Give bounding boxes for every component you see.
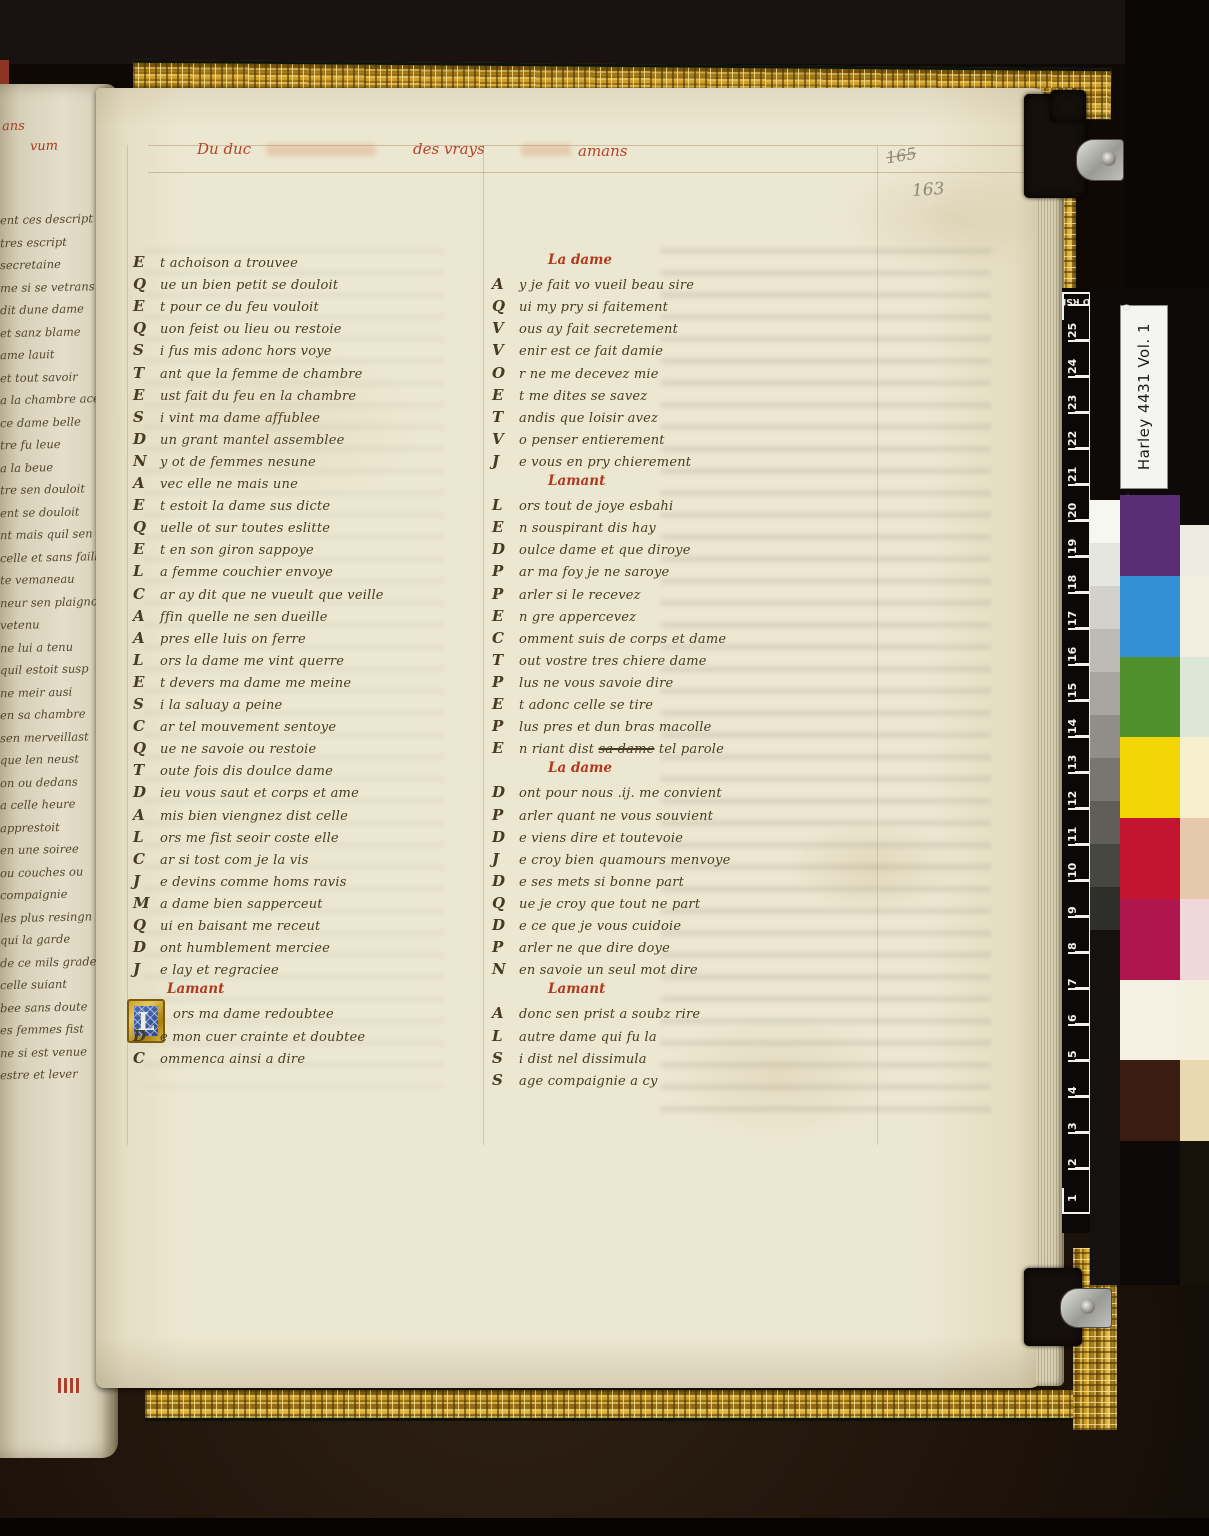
ruler-number: 10 (1066, 852, 1079, 878)
verse-line: Lautre dame qui fu la (492, 1026, 657, 1045)
page-marker-stripe (58, 1378, 80, 1393)
verse-line: Que ne savoie ou restoie (133, 738, 316, 757)
verse-text: ui en baisant me receut (160, 919, 320, 934)
color-patch (1120, 737, 1180, 818)
color-patch (1120, 1141, 1180, 1285)
verse-line: La femme couchier envoye (133, 561, 333, 580)
verse-line: Amis bien viengnez dist celle (133, 805, 348, 824)
pastel-patch (1180, 899, 1209, 980)
verse-text: n souspirant dis hay (519, 521, 656, 536)
ruler-number: 13 (1066, 744, 1079, 770)
verse-line: Et estoit la dame sus dicte (133, 495, 330, 514)
verse-line: Car ay dit que ne vueult que veille (133, 584, 384, 603)
color-patch (1120, 495, 1180, 576)
versal-initial: T (492, 651, 519, 669)
verse-text: t estoit la dame sus dicte (160, 499, 330, 514)
versal-initial: A (133, 629, 160, 647)
color-patch (1120, 818, 1180, 899)
versal-initial: L (133, 562, 160, 580)
versal-initial: Q (492, 297, 519, 315)
versal-initial: P (492, 585, 519, 603)
verse-text: ommenca ainsi a dire (160, 1052, 305, 1067)
versal-initial: E (133, 253, 160, 271)
verse-text: y ot de femmes nesune (160, 455, 316, 470)
versal-initial: S (133, 341, 160, 359)
verse-line: Lors ma dame redoubtee (133, 1003, 334, 1022)
versal-initial: V (492, 319, 519, 337)
verse-line: Sage compaignie a cy (492, 1070, 658, 1089)
verse-line: En souspirant dis hay (492, 517, 656, 536)
ruler-number: 6 (1066, 996, 1079, 1022)
versal-initial: C (133, 1049, 160, 1067)
verse-line: Parler si le recevez (492, 584, 641, 603)
header-show-through (521, 144, 571, 156)
verse-text: donc sen prist a soubz rire (519, 1007, 700, 1022)
verse-line: Ay je fait vo vueil beau sire (492, 274, 694, 293)
verse-line: Si fus mis adonc hors voye (133, 340, 332, 359)
versal-initial: O (492, 364, 519, 382)
versal-initial: J (133, 872, 160, 890)
ruler-number: 3 (1066, 1104, 1079, 1130)
verse-text: ue un bien petit se douloit (160, 278, 338, 293)
verse-text: e viens dire et toutevoie (519, 831, 683, 846)
ruler-tick-major (1068, 664, 1089, 666)
ruler-tick-major (1068, 880, 1089, 882)
ruler-number: 17 (1066, 600, 1079, 626)
verse-text: ors me fist seoir coste elle (160, 831, 339, 846)
verse-line: Car tel mouvement sentoye (133, 716, 336, 735)
ruler-tick-major (1068, 772, 1089, 774)
versal-initial: L (492, 496, 519, 514)
ruler-number: 5 (1066, 1032, 1079, 1058)
grayscale-patch (1090, 543, 1120, 586)
verse-line: Nen savoie un seul mot dire (492, 959, 698, 978)
verse-line: Et devers ma dame me meine (133, 672, 351, 691)
versal-initial: A (133, 806, 160, 824)
versal-initial: C (133, 717, 160, 735)
ruler-tick-major (1068, 844, 1089, 846)
backdrop-top (0, 0, 1209, 64)
grayscale-patch (1090, 586, 1120, 629)
versal-initial: T (492, 408, 519, 426)
ruler-number: 11 (1066, 816, 1079, 842)
ruler-tick-major (1068, 988, 1089, 990)
versal-initial: Q (133, 916, 160, 934)
verse-text: e lay et regraciee (160, 963, 279, 978)
speaker-rubric: Lamant (548, 473, 605, 489)
verse-line: Vous ay fait secretement (492, 318, 678, 337)
clip-screw (1101, 151, 1116, 166)
verse-line: Quon feist ou lieu ou restoie (133, 318, 342, 337)
calibration-strip: RD RSI 252423222120191817161514131211109… (1062, 288, 1209, 1285)
verse-line: Qui my pry si faitement (492, 296, 668, 315)
versal-initial: E (492, 607, 519, 625)
verse-line: De ce que je vous cuidoie (492, 915, 681, 934)
ruler-number: 24 (1066, 348, 1079, 374)
shelfmark-label: Harley 4431 Vol. 1 (1120, 305, 1168, 489)
shelfmark-text: Harley 4431 Vol. 1 (1135, 323, 1153, 470)
speaker-rubric: Lamant (167, 981, 224, 997)
grayscale-patch (1090, 758, 1120, 801)
versal-initial: D (133, 938, 160, 956)
verse-line: Je devins comme homs ravis (133, 871, 347, 890)
versal-initial: S (492, 1049, 519, 1067)
backdrop-right (1125, 0, 1209, 290)
versal-initial: A (133, 607, 160, 625)
verse-text: out vostre tres chiere dame (519, 654, 707, 669)
verse-line: Et achoison a trouvee (133, 252, 298, 271)
speaker-rubric: La dame (548, 760, 612, 776)
versal-initial: P (492, 806, 519, 824)
verse-text: ar si tost com je la vis (160, 853, 309, 868)
verse-line: Avec elle ne mais une (133, 473, 298, 492)
verse-line: Et adonc celle se tire (492, 694, 653, 713)
ruler-tick-major (1068, 1168, 1089, 1170)
ruler-number: 16 (1066, 636, 1079, 662)
verse-text: enir est ce fait damie (519, 344, 663, 359)
pastel-patch (1180, 525, 1209, 576)
grayscale-patch (1090, 500, 1120, 543)
ruler-number: 14 (1066, 708, 1079, 734)
verse-text: ors tout de joye esbahi (519, 499, 673, 514)
pastel-patch (1180, 818, 1209, 899)
ruler-tick-major (1068, 448, 1089, 450)
verse-line: Plus pres et dun bras macolle (492, 716, 712, 735)
verse-line: Or ne me decevez mie (492, 363, 659, 382)
illuminated-initial: L (127, 999, 165, 1043)
verse-text: e ce que je vous cuidoie (519, 919, 681, 934)
ruler-number: 23 (1066, 384, 1079, 410)
versal-initial: L (133, 828, 160, 846)
verse-text: arler si le recevez (519, 588, 641, 603)
verse-text: o penser entierement (519, 433, 665, 448)
versal-initial: D (133, 783, 160, 801)
verse-line: Comment suis de corps et dame (492, 628, 726, 647)
ruler-tick-major (1068, 592, 1089, 594)
verse-text: ue ne savoie ou restoie (160, 742, 316, 757)
verse-text: ant que la femme de chambre (160, 367, 363, 382)
verse-line: Et me dites se savez (492, 385, 647, 404)
ruler-number: 21 (1066, 456, 1079, 482)
verse-text: t achoison a trouvee (160, 256, 298, 271)
verse-line: Lors me fist seoir coste elle (133, 827, 339, 846)
versal-initial: E (133, 297, 160, 315)
verse-text: ors ma dame redoubtee (173, 1007, 334, 1022)
verse-text: ust fait du feu en la chambre (160, 389, 356, 404)
versal-initial: S (133, 695, 160, 713)
verse-text: y je fait vo vueil beau sire (519, 278, 694, 293)
backdrop-bottom-edge (0, 1518, 1209, 1536)
verse-text: autre dame qui fu la (519, 1030, 657, 1045)
verse-text: ors la dame me vint querre (160, 654, 344, 669)
versal-initial: V (492, 430, 519, 448)
ruler-tick-major (1068, 1024, 1089, 1026)
metal-clip-top (1076, 139, 1124, 181)
verse-line: De mon cuer crainte et doubtee (133, 1026, 365, 1045)
verse-line: Par ma foy je ne saroye (492, 561, 669, 580)
verse-text: n riant dist sa dame tel parole (519, 742, 724, 757)
verse-line: Lors la dame me vint querre (133, 650, 344, 669)
verse-text: omment suis de corps et dame (519, 632, 726, 647)
verse-text: t pour ce du feu vouloit (160, 300, 319, 315)
struck-words: sa dame (598, 742, 654, 757)
ruler-number: 20 (1066, 492, 1079, 518)
verse-line: Toute fois dis doulce dame (133, 760, 333, 779)
verse-text: t en son giron sappoye (160, 543, 314, 558)
color-patch (1120, 980, 1180, 1060)
verse-text: t me dites se savez (519, 389, 647, 404)
verse-text: andis que loisir avez (519, 411, 658, 426)
page-fore-edge (1036, 94, 1064, 1386)
verse-text: arler quant ne vous souvient (519, 809, 713, 824)
ruler-tick-major (1068, 952, 1089, 954)
versal-initial: J (492, 452, 519, 470)
verse-line: Car si tost com je la vis (133, 849, 309, 868)
verse-line: Si vint ma dame affublee (133, 407, 320, 426)
ruler-tick-major (1068, 1060, 1089, 1062)
ruler-number: 15 (1066, 672, 1079, 698)
ruler-tick-major (1068, 340, 1089, 342)
verse-text: t adonc celle se tire (519, 698, 653, 713)
verse-line: Apres elle luis on ferre (133, 628, 306, 647)
verse-text: en savoie un seul mot dire (519, 963, 698, 978)
verse-line: Parler quant ne vous souvient (492, 805, 713, 824)
folio-number-struck: 165 (885, 144, 918, 168)
ruler-number: 7 (1066, 960, 1079, 986)
verse-line: De ses mets si bonne part (492, 871, 684, 890)
color-target: Harley 4431 Vol. 1 0 B 163 (1090, 288, 1209, 1285)
ruler-number: 25 (1066, 312, 1079, 338)
verse-text: un grant mantel assemblee (160, 433, 345, 448)
verse-text: lus ne vous savoie dire (519, 676, 673, 691)
versal-initial: Q (492, 894, 519, 912)
grayscale-patch (1090, 629, 1120, 672)
versal-initial: N (492, 960, 519, 978)
versal-initial: D (492, 916, 519, 934)
versal-initial: D (492, 783, 519, 801)
verse-text: i fus mis adonc hors voye (160, 344, 332, 359)
verse-text: arler ne que dire doye (519, 941, 670, 956)
clip-screw (1080, 1299, 1095, 1314)
versal-initial: S (492, 1071, 519, 1089)
versal-initial: A (133, 474, 160, 492)
grayscale-patch (1090, 672, 1120, 715)
versal-initial: T (133, 761, 160, 779)
versal-initial: Q (133, 739, 160, 757)
ruler-tick-major (1068, 916, 1089, 918)
verse-line: Lors tout de joye esbahi (492, 495, 673, 514)
versal-initial: Q (133, 518, 160, 536)
versal-initial: P (492, 717, 519, 735)
versal-initial: E (492, 739, 519, 757)
verse-line: Je croy bien quamours menvoye (492, 849, 731, 868)
ruler-bracket (1062, 1188, 1064, 1214)
verse-text: e ses mets si bonne part (519, 875, 684, 890)
color-patch (1120, 1060, 1180, 1141)
verse-text: pres elle luis on ferre (160, 632, 306, 647)
color-patch (1120, 657, 1180, 737)
ruler-number: 18 (1066, 564, 1079, 590)
verse-text: e devins comme homs ravis (160, 875, 347, 890)
verse-line: Je lay et regraciee (133, 959, 279, 978)
verse-line: Et en son giron sappoye (133, 539, 314, 558)
ruler-tick-major (1068, 304, 1089, 306)
verse-line: Commenca ainsi a dire (133, 1048, 305, 1067)
versal-initial: P (492, 938, 519, 956)
ruling-line (148, 172, 1036, 173)
verse-text: lus pres et dun bras macolle (519, 720, 712, 735)
grayscale-patch (1090, 844, 1120, 887)
speaker-rubric: La dame (548, 252, 612, 268)
ruler-tick-major (1068, 1096, 1089, 1098)
verse-line: Tant que la femme de chambre (133, 363, 363, 382)
versal-initial: E (133, 496, 160, 514)
ruler-tick-major (1068, 376, 1089, 378)
verse-text: uon feist ou lieu ou restoie (160, 322, 342, 337)
poem-column-left: Et achoison a trouveeQue un bien petit s… (133, 252, 473, 1092)
verse-line: Dont pour nous .ij. me convient (492, 782, 722, 801)
ruler-number: 1 (1066, 1176, 1079, 1202)
verse-text: ar ma foy je ne saroye (519, 565, 669, 580)
pastel-patch (1180, 657, 1209, 737)
verse-text: ffin quelle ne sen dueille (160, 610, 328, 625)
verse-text: vec elle ne mais une (160, 477, 298, 492)
versal-initial: C (133, 585, 160, 603)
verse-line: Et pour ce du feu vouloit (133, 296, 319, 315)
ruler-tick-major (1068, 520, 1089, 522)
verse-text: ous ay fait secretement (519, 322, 678, 337)
grayscale-patch (1090, 715, 1120, 758)
verse-text: ont pour nous .ij. me convient (519, 786, 722, 801)
versal-initial: L (133, 651, 160, 669)
verse-text: ieu vous saut et corps et ame (160, 786, 359, 801)
versal-initial: A (492, 1004, 519, 1022)
versal-initial: Q (133, 319, 160, 337)
ruler-number: 2 (1066, 1140, 1079, 1166)
verse-text: oute fois dis doulce dame (160, 764, 333, 779)
verse-text: age compaignie a cy (519, 1074, 658, 1089)
verse-line: Parler ne que dire doye (492, 937, 670, 956)
versal-initial: P (492, 673, 519, 691)
zero-mark: 0 (1122, 304, 1133, 311)
versal-initial: E (133, 673, 160, 691)
ruler-tick-major (1068, 1132, 1089, 1134)
ruler-number: 22 (1066, 420, 1079, 446)
poem-column-right: La dameAy je fait vo vueil beau sireQui … (492, 252, 892, 1182)
verse-line: Je vous en pry chierement (492, 451, 691, 470)
speaker-rubric: Lamant (548, 981, 605, 997)
color-patch (1120, 899, 1180, 980)
folio-number: 163 (911, 179, 945, 201)
header-show-through (266, 144, 376, 156)
versal-initial: D (492, 828, 519, 846)
verse-line: Adonc sen prist a soubz rire (492, 1003, 700, 1022)
verse-text: i la saluay a peine (160, 698, 282, 713)
verse-text: r ne me decevez mie (519, 367, 659, 382)
ruler-tick-major (1068, 736, 1089, 738)
verse-text: e vous en pry chierement (519, 455, 691, 470)
verse-line: Qui en baisant me receut (133, 915, 320, 934)
verse-text: t devers ma dame me meine (160, 676, 351, 691)
verse-line: Vo penser entierement (492, 429, 665, 448)
grayscale-patch (1090, 930, 1120, 1285)
ruler-tick-major (1068, 556, 1089, 558)
ruler-tick-major (1068, 628, 1089, 630)
ruling-line (127, 145, 128, 1145)
verse-line: Doulce dame et que diroye (492, 539, 691, 558)
versal-initial: D (492, 540, 519, 558)
versal-initial: E (492, 386, 519, 404)
verse-line: Tout vostre tres chiere dame (492, 650, 707, 669)
verse-line: Que un bien petit se douloit (133, 274, 338, 293)
versal-initial: D (492, 872, 519, 890)
versal-initial: E (133, 386, 160, 404)
verse-line: Quelle ot sur toutes eslitte (133, 517, 330, 536)
grayscale-patch (1090, 801, 1120, 844)
versal-initial: C (492, 629, 519, 647)
versal-initial: M (133, 894, 160, 912)
verse-text: ui my pry si faitement (519, 300, 668, 315)
verse-line: Plus ne vous savoie dire (492, 672, 673, 691)
verse-text: i vint ma dame affublee (160, 411, 320, 426)
verse-text: ont humblement merciee (160, 941, 330, 956)
versal-initial: E (492, 518, 519, 536)
illuminated-letter: L (129, 1001, 163, 1041)
versal-initial: S (133, 408, 160, 426)
ruler-number: 19 (1066, 528, 1079, 554)
verse-line: Dieu vous saut et corps et ame (133, 782, 359, 801)
verse-text: a dame bien sapperceut (160, 897, 323, 912)
verse-text: uelle ot sur toutes eslitte (160, 521, 330, 536)
ruling-line (483, 145, 484, 1145)
verse-line: Dun grant mantel assemblee (133, 429, 345, 448)
verse-text: i dist nel dissimula (519, 1052, 647, 1067)
ruler-tick-major (1068, 700, 1089, 702)
versal-initial: J (133, 960, 160, 978)
versal-initial: V (492, 341, 519, 359)
versal-initial: E (492, 695, 519, 713)
gilt-edge-bottom (145, 1390, 1107, 1421)
verse-line: Tandis que loisir avez (492, 407, 658, 426)
verse-text: ue je croy que tout ne part (519, 897, 700, 912)
versal-initial: T (133, 364, 160, 382)
verse-text: e croy bien quamours menvoye (519, 853, 731, 868)
pastel-patch (1180, 980, 1209, 1060)
versal-initial: C (133, 850, 160, 868)
book-clamp-top (1050, 90, 1086, 122)
verse-line: Ny ot de femmes nesune (133, 451, 316, 470)
verse-line: Si la saluay a peine (133, 694, 282, 713)
versal-initial: D (133, 430, 160, 448)
verse-text: ar ay dit que ne vueult que veille (160, 588, 384, 603)
ruler-tick-major (1068, 412, 1089, 414)
verse-line: Eust fait du feu en la chambre (133, 385, 356, 404)
ruler-number: 8 (1066, 924, 1079, 950)
verse-text: a femme couchier envoye (160, 565, 333, 580)
ruler-number: 9 (1066, 888, 1079, 914)
manuscript-page: Du duc des vrays amans 165 163 Et achois… (96, 88, 1044, 1388)
verse-line: Venir est ce fait damie (492, 340, 663, 359)
pastel-patch (1180, 737, 1209, 818)
color-patch (1120, 576, 1180, 657)
versal-initial: A (492, 275, 519, 293)
ruler-number: 4 (1066, 1068, 1079, 1094)
verse-line: En gre appercevez (492, 606, 636, 625)
verse-text: n gre appercevez (519, 610, 636, 625)
verse-line: Que je croy que tout ne part (492, 893, 700, 912)
verse-line: De viens dire et toutevoie (492, 827, 683, 846)
versal-initial: N (133, 452, 160, 470)
